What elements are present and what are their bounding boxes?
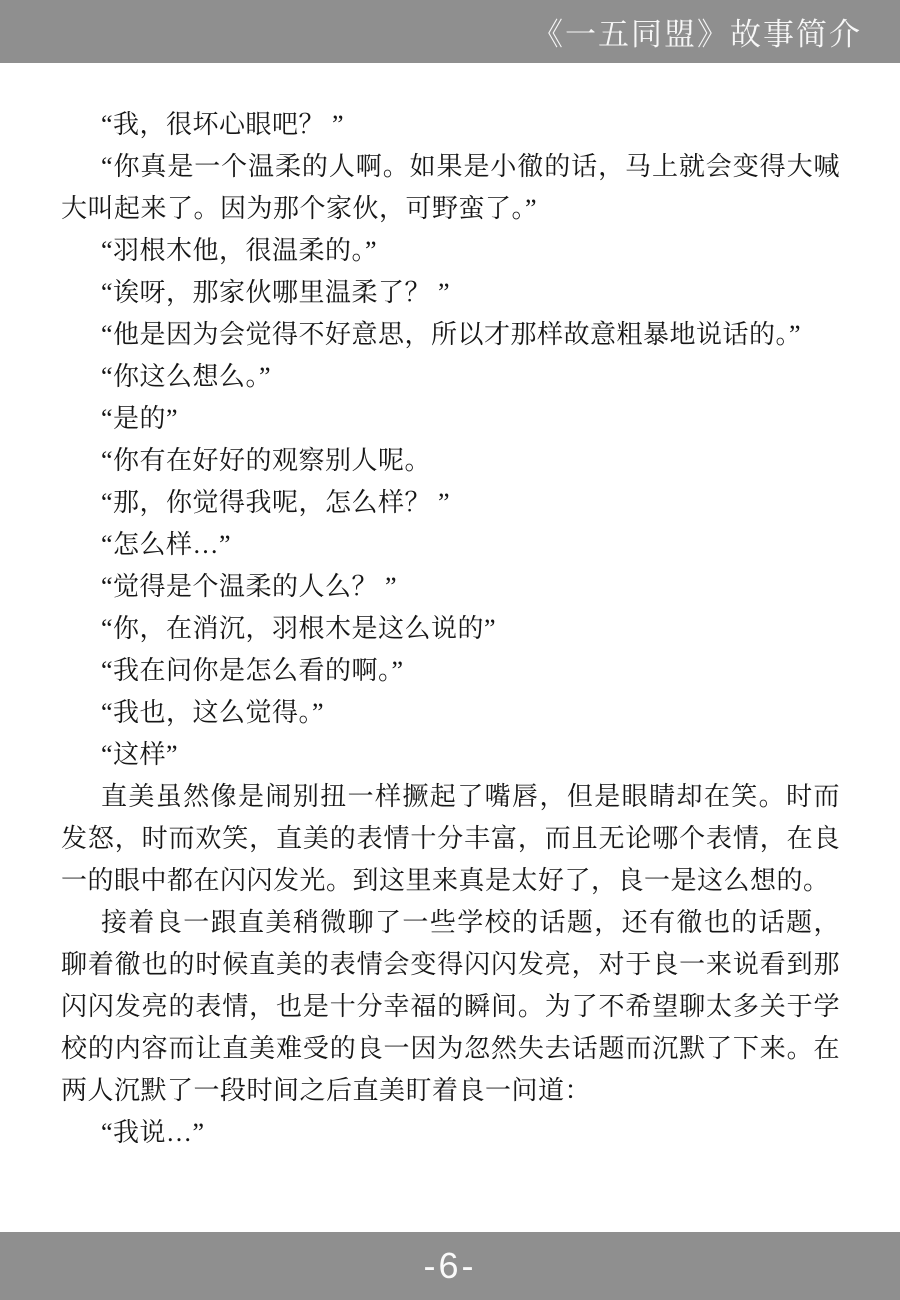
header-bar: 《一五同盟》故事简介 — [0, 0, 900, 63]
dialogue-line: “那，你觉得我呢，怎么样？ ” — [61, 482, 840, 524]
dialogue-line: “你有在好好的观察别人呢。 — [61, 440, 840, 482]
dialogue-line: “羽根木他，很温柔的。” — [61, 230, 840, 272]
page-number: -6- — [424, 1245, 477, 1287]
dialogue-line: “你这么想么。” — [61, 356, 840, 398]
footer-bar: -6- — [0, 1232, 900, 1300]
dialogue-line: “怎么样…” — [61, 524, 840, 566]
dialogue-line: “他是因为会觉得不好意思，所以才那样故意粗暴地说话的。” — [61, 314, 840, 356]
dialogue-line: “是的” — [61, 398, 840, 440]
dialogue-line: “我说…” — [61, 1112, 840, 1154]
narrative-paragraph: 直美虽然像是闹别扭一样撅起了嘴唇，但是眼睛却在笑。时而发怒，时而欢笑，直美的表情… — [61, 776, 840, 902]
dialogue-line: “诶呀，那家伙哪里温柔了？ ” — [61, 272, 840, 314]
dialogue-line: “我也，这么觉得。” — [61, 692, 840, 734]
narrative-paragraph: 接着良一跟直美稍微聊了一些学校的话题，还有徹也的话题，聊着徹也的时候直美的表情会… — [61, 902, 840, 1112]
dialogue-line: “觉得是个温柔的人么？ ” — [61, 566, 840, 608]
dialogue-line: “我在问你是怎么看的啊。” — [61, 650, 840, 692]
dialogue-line: “我，很坏心眼吧？ ” — [61, 104, 840, 146]
dialogue-line: “你，在消沉，羽根木是这么说的” — [61, 608, 840, 650]
page-title: 《一五同盟》故事简介 — [532, 9, 862, 54]
dialogue-line: “你真是一个温柔的人啊。如果是小徹的话，马上就会变得大喊大叫起来了。因为那个家伙… — [61, 146, 840, 230]
page-content: “我，很坏心眼吧？ ” “你真是一个温柔的人啊。如果是小徹的话，马上就会变得大喊… — [61, 104, 840, 1154]
dialogue-line: “这样” — [61, 734, 840, 776]
